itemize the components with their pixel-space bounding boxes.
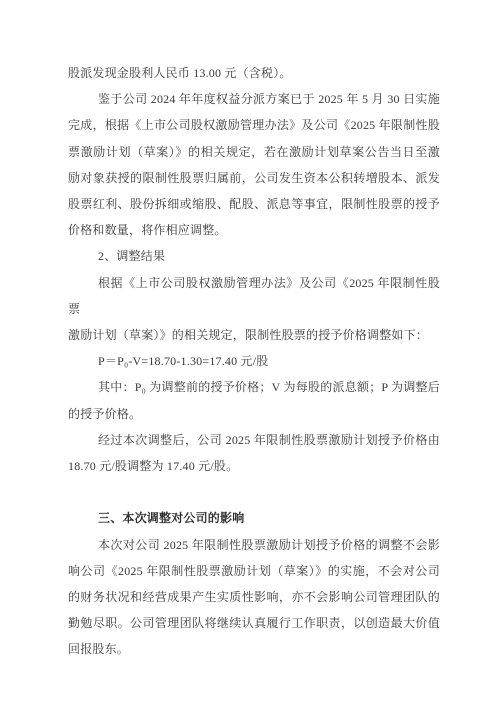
paragraph-impact-statement: 本次对公司 2025 年限制性股票激励计划授予价格的调整不会影 响公司《2025… xyxy=(68,532,440,663)
text-line: 股票红利、股份拆细或缩股、配股、派息等事宜，限制性股票的授予 xyxy=(68,191,440,217)
section-heading-text: 三、本次调整对公司的影响 xyxy=(68,505,440,531)
formula-line: P＝P₀-V=18.70-1.30=17.40 元/股 xyxy=(68,348,440,374)
paragraph-formula-definitions: 其中：P₀ 为调整前的授予价格；V 为每股的派息额；P 为调整后 的授予价格。 xyxy=(68,374,440,426)
text-line: 的财务状况和经营成果产生实质性影响，亦不会影响公司管理团队的 xyxy=(68,584,440,610)
text-line: 励对象获授的限制性股票归属前，公司发生资本公积转增股本、派发 xyxy=(68,165,440,191)
text-line: 本次对公司 2025 年限制性股票激励计划授予价格的调整不会影 xyxy=(68,532,440,558)
text-line: 的授予价格。 xyxy=(68,401,440,427)
subsection-heading-adjustment-result: 2、调整结果 xyxy=(68,243,440,269)
text-line: 其中：P₀ 为调整前的授予价格；V 为每股的派息额；P 为调整后 xyxy=(68,374,440,400)
text-line: 股派发现金股利人民币 13.00 元（含税）。 xyxy=(68,60,440,86)
text-line: 回报股东。 xyxy=(68,636,440,662)
subsection-heading-text: 2、调整结果 xyxy=(68,243,440,269)
paragraph-adjustment-rule: 根据《上市公司股权激励管理办法》及公司《2025 年限制性股票 激励计划（草案）… xyxy=(68,270,440,349)
text-line: 激励计划（草案）》的相关规定，限制性股票的授予价格调整如下： xyxy=(68,322,440,348)
paragraph-dividend-continuation: 股派发现金股利人民币 13.00 元（含税）。 xyxy=(68,60,440,86)
text-line: 鉴于公司 2024 年年度权益分派方案已于 2025 年 5 月 30 日实施 xyxy=(68,86,440,112)
text-line: 完成，根据《上市公司股权激励管理办法》及公司《2025 年限制性股 xyxy=(68,112,440,138)
document-text-block: 股派发现金股利人民币 13.00 元（含税）。 鉴于公司 2024 年年度权益分… xyxy=(68,60,440,663)
section-heading-impact: 三、本次调整对公司的影响 xyxy=(68,505,440,531)
text-line: 18.70 元/股调整为 17.40 元/股。 xyxy=(68,453,440,479)
text-line: 经过本次调整后，公司 2025 年限制性股票激励计划授予价格由 xyxy=(68,427,440,453)
paragraph-adjustment-conclusion: 经过本次调整后，公司 2025 年限制性股票激励计划授予价格由 18.70 元/… xyxy=(68,427,440,479)
text-line: 响公司《2025 年限制性股票激励计划（草案）》的实施，不会对公司 xyxy=(68,558,440,584)
paragraph-formula: P＝P₀-V=18.70-1.30=17.40 元/股 xyxy=(68,348,440,374)
text-line: 价格和数量，将作相应调整。 xyxy=(68,217,440,243)
text-line: 根据《上市公司股权激励管理办法》及公司《2025 年限制性股票 xyxy=(68,270,440,322)
text-line: 票激励计划（草案）》的相关规定，若在激励计划草案公告当日至激 xyxy=(68,139,440,165)
document-page: 股派发现金股利人民币 13.00 元（含税）。 鉴于公司 2024 年年度权益分… xyxy=(0,0,500,707)
text-line: 勤勉尽职。公司管理团队将继续认真履行工作职责，以创造最大价值 xyxy=(68,610,440,636)
paragraph-adjustment-basis: 鉴于公司 2024 年年度权益分派方案已于 2025 年 5 月 30 日实施 … xyxy=(68,86,440,243)
